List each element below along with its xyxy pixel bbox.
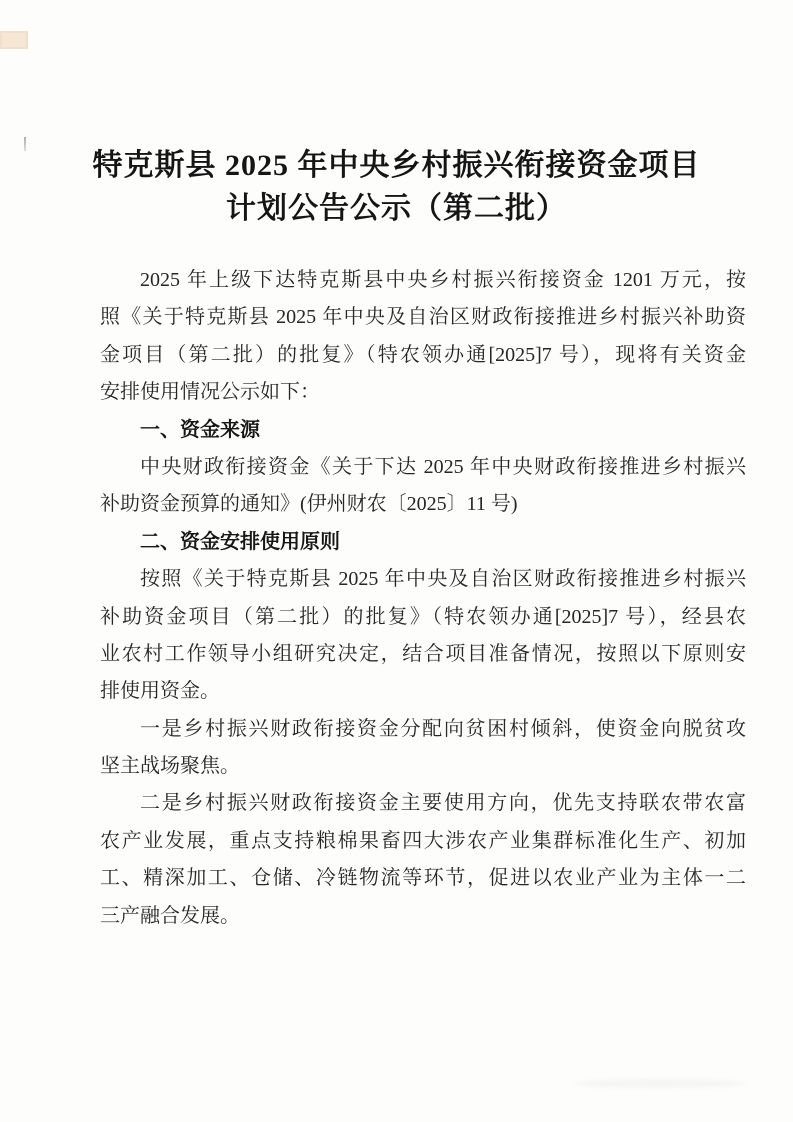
- section2-para1-line: 业农村工作领导小组研究决定，结合项目准备情况，按照以下原则安: [100, 636, 746, 673]
- intro-line: 2025 年上级下达特克斯县中央乡村振兴衔接资金 1201 万元，按: [100, 262, 746, 299]
- section2-heading: 二、资金安排使用原则: [100, 524, 746, 561]
- intro-line: 照《关于特克斯县 2025 年中央及自治区财政衔接推进乡村振兴补助资: [100, 299, 746, 336]
- section1-line: 补助资金预算的通知》(伊州财农〔2025〕11 号): [100, 486, 746, 523]
- section2-para2-line: 坚主战场聚焦。: [100, 748, 746, 785]
- section2-para1-line: 补助资金项目（第二批）的批复》（特农领办通[2025]7 号），经县农: [100, 599, 746, 636]
- intro-line: 金项目（第二批）的批复》（特农领办通[2025]7 号），现将有关资金: [100, 337, 746, 374]
- document-body: 2025 年上级下达特克斯县中央乡村振兴衔接资金 1201 万元，按 照《关于特…: [100, 262, 746, 935]
- scanned-document-page: 特克斯县 2025 年中央乡村振兴衔接资金项目 计划公告公示（第二批） 2025…: [0, 0, 793, 1122]
- section2-para1-line: 按照《关于特克斯县 2025 年中央及自治区财政衔接推进乡村振兴: [100, 561, 746, 598]
- scan-tape-artifact: [0, 31, 28, 49]
- title-line-1: 特克斯县 2025 年中央乡村振兴衔接资金项目: [0, 144, 793, 187]
- section2-para3-line: 工、精深加工、仓储、冷链物流等环节，促进以农业产业为主体一二: [100, 860, 746, 897]
- section1-heading: 一、资金来源: [100, 412, 746, 449]
- intro-line: 安排使用情况公示如下：: [100, 374, 746, 411]
- section1-line: 中央财政衔接资金《关于下达 2025 年中央财政衔接推进乡村振兴: [100, 449, 746, 486]
- section2-para2-line: 一是乡村振兴财政衔接资金分配向贫困村倾斜，使资金向脱贫攻: [100, 711, 746, 748]
- document-title: 特克斯县 2025 年中央乡村振兴衔接资金项目 计划公告公示（第二批）: [0, 144, 793, 230]
- section2-para3-line: 三产融合发展。: [100, 898, 746, 935]
- section2-para3-line: 农产业发展，重点支持粮棉果畜四大涉农产业集群标准化生产、初加: [100, 823, 746, 860]
- title-line-2: 计划公告公示（第二批）: [0, 187, 793, 230]
- scan-smudge-artifact: [575, 1079, 745, 1088]
- section2-para3-line: 二是乡村振兴财政衔接资金主要使用方向，优先支持联农带农富: [100, 785, 746, 822]
- section2-para1-line: 排使用资金。: [100, 673, 746, 710]
